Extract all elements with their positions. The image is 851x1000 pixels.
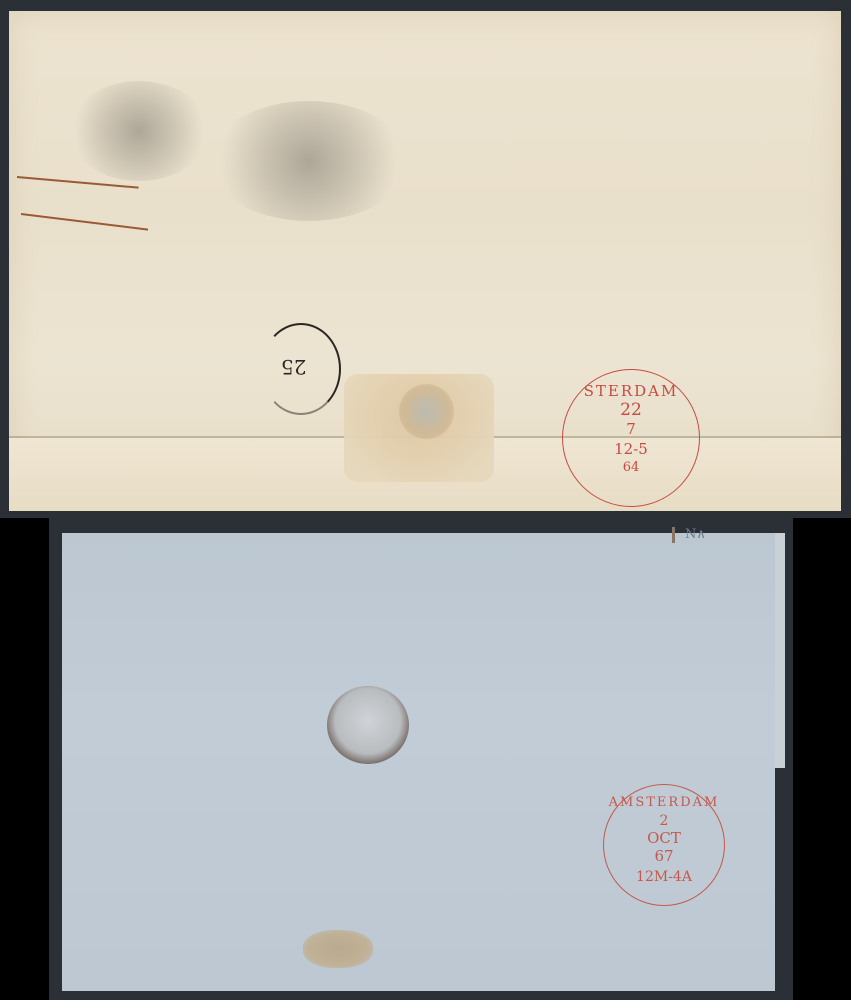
ink-offset-smudge <box>209 101 409 221</box>
postmark-city: AMSTERDAM <box>604 795 724 810</box>
postmark-year: 67 <box>604 847 724 865</box>
transit-circle-mark: 25 <box>261 323 341 415</box>
postmark-time: 12M-4A <box>604 869 724 885</box>
letter-top-cream: 25 STERDAM 22 7 12-5 64 <box>9 11 841 511</box>
corner-text: N∧ <box>685 527 706 542</box>
mount-black-left <box>0 518 49 1000</box>
postmark-time: 12-5 <box>563 440 699 458</box>
postmark-city: STERDAM <box>563 382 699 400</box>
seal-stain <box>399 384 454 439</box>
postmark-day: 22 <box>563 400 699 420</box>
circle-mark-number: 25 <box>281 355 306 379</box>
postmark-year: 64 <box>563 460 699 475</box>
amsterdam-postmark-1867: AMSTERDAM 2 OCT 67 12M-4A <box>603 784 725 906</box>
ink-offset-smudge <box>69 81 209 181</box>
postmark-month: OCT <box>604 829 724 847</box>
wax-seal <box>327 686 409 764</box>
postmark-day: 2 <box>604 813 724 829</box>
stain <box>303 930 373 968</box>
letter-bottom-blue <box>62 533 775 991</box>
corner-ink-mark <box>672 527 675 543</box>
mount-black-right <box>793 518 851 1000</box>
red-crayon-line <box>21 213 148 231</box>
wafer-seal <box>344 374 494 482</box>
amsterdam-postmark-1864: STERDAM 22 7 12-5 64 <box>562 369 700 507</box>
postmark-month: 7 <box>563 420 699 438</box>
